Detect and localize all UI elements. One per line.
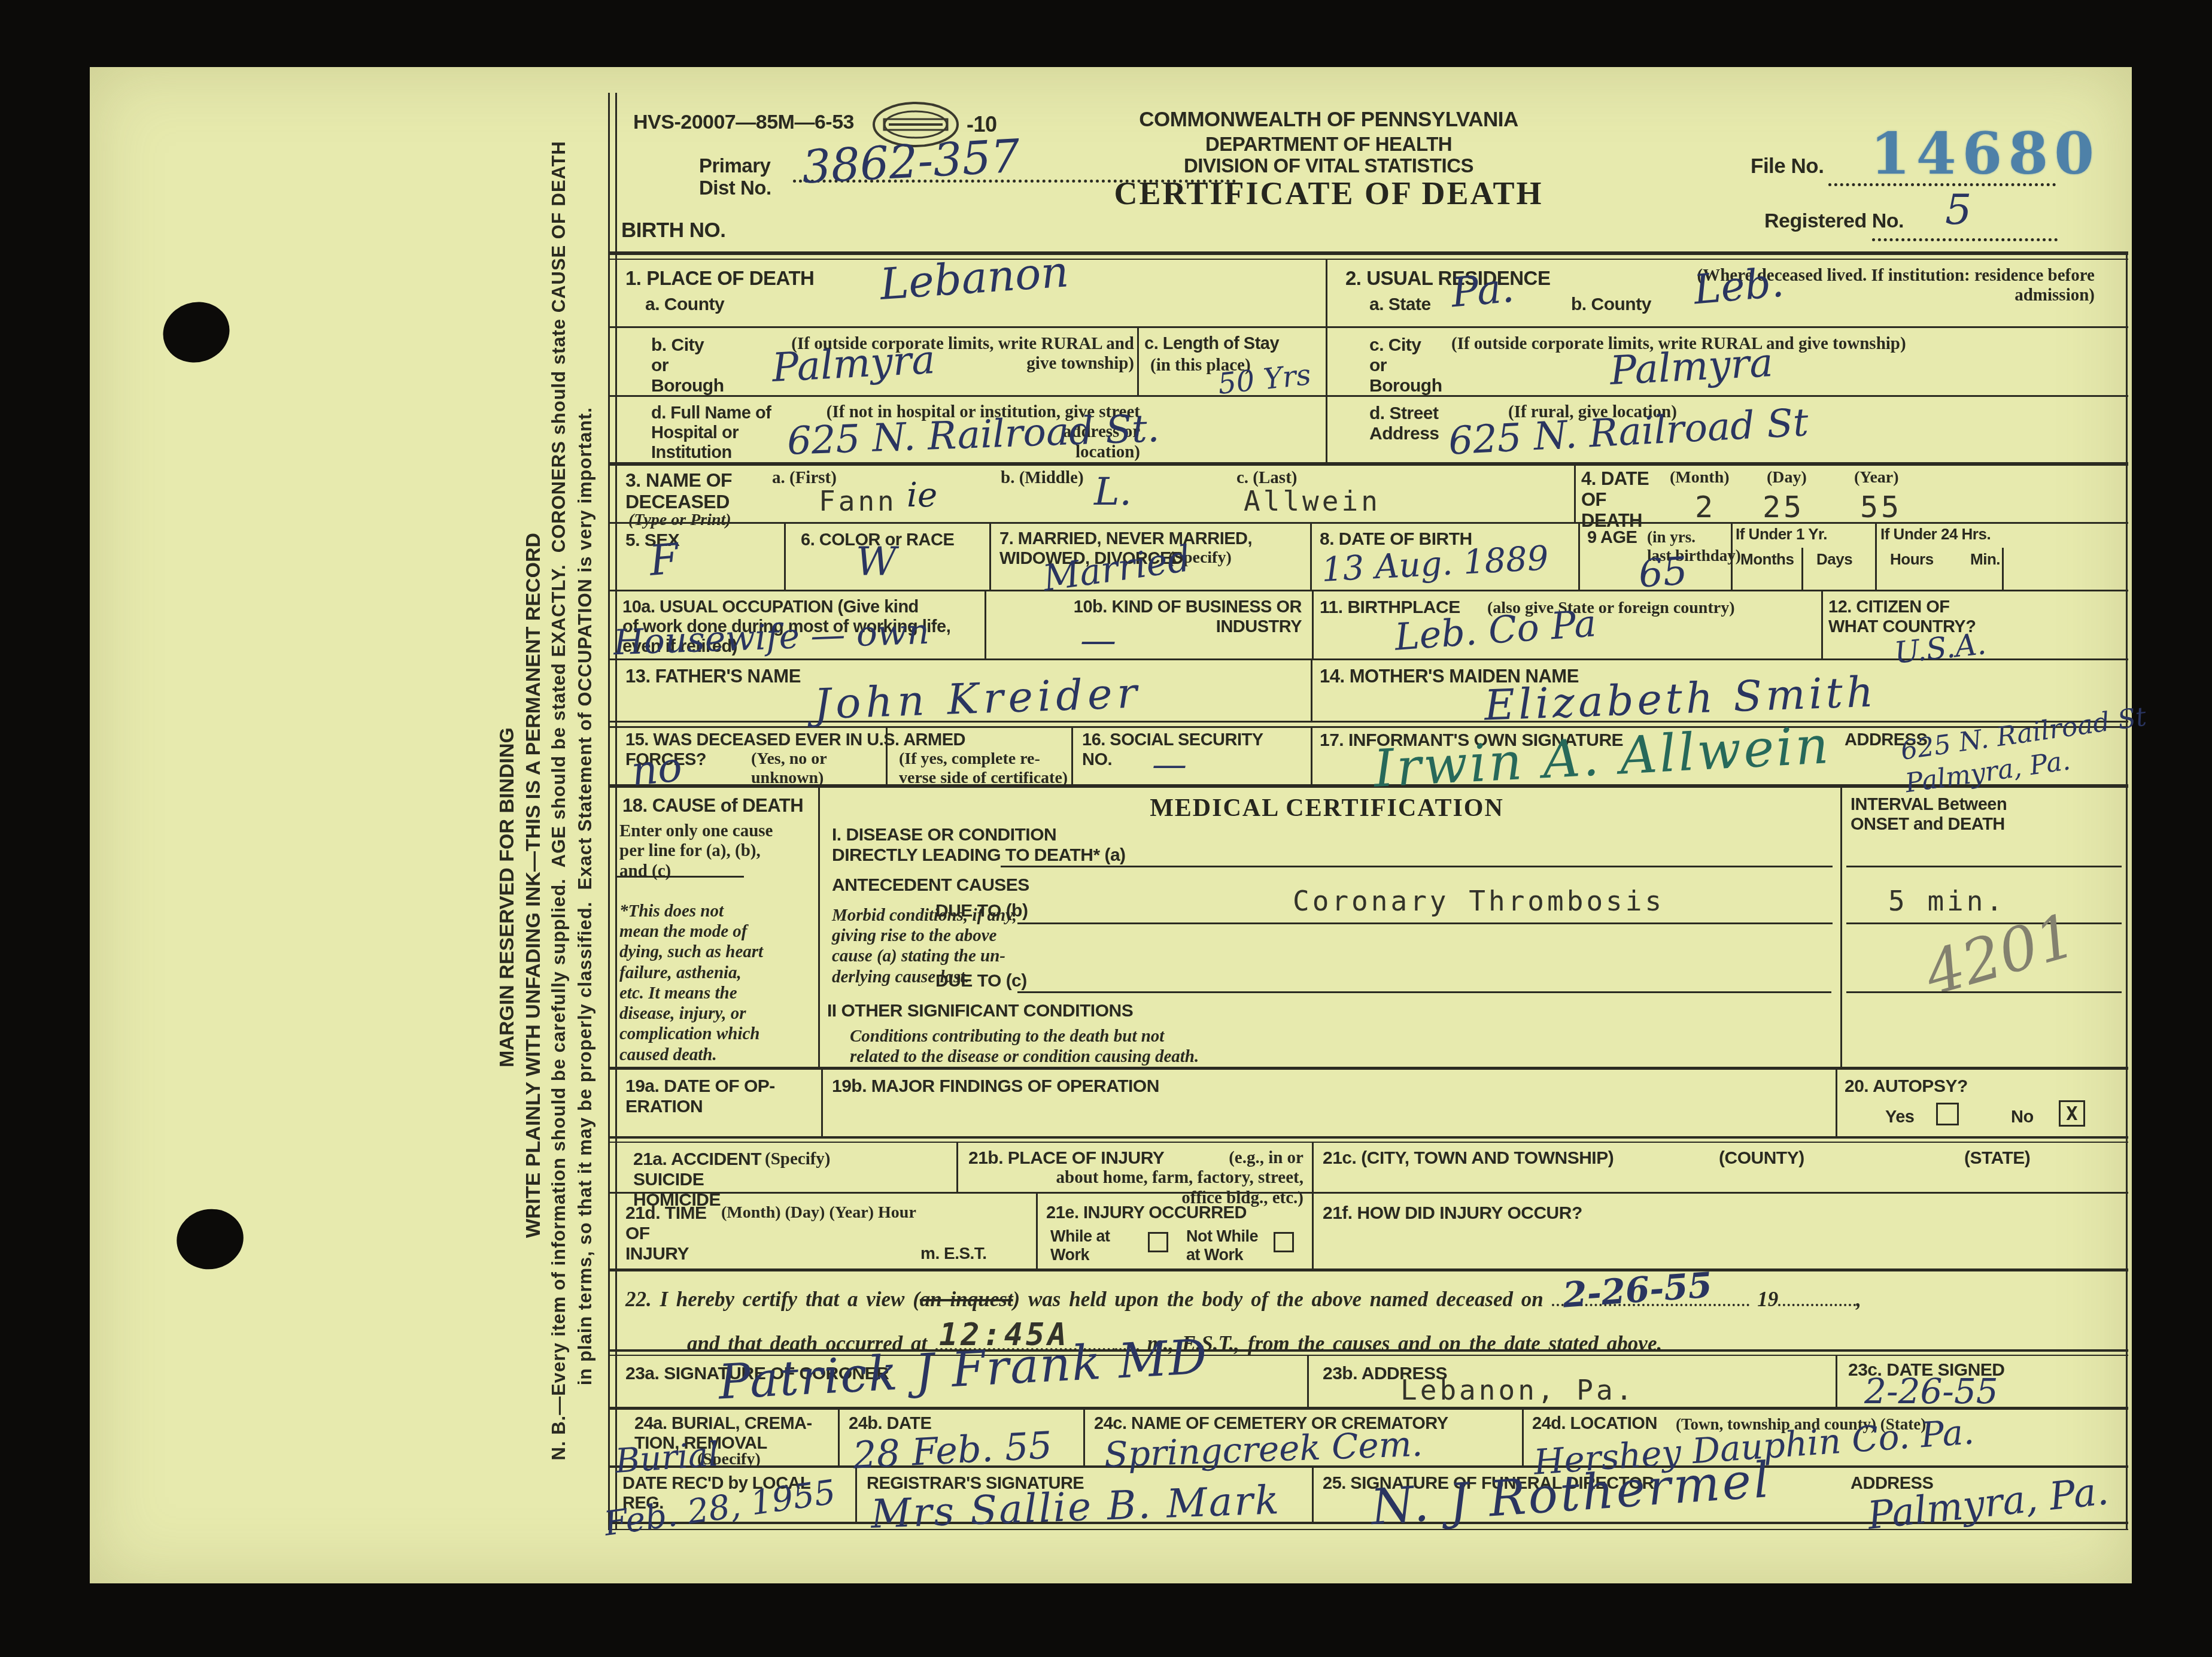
form-rule [1311,726,1312,784]
residence-city-value: Palmyra [1609,343,1774,391]
certify-year-dots [1778,1283,1856,1306]
injury-state-label: (STATE) [1964,1148,2030,1169]
injury-how-label: 21f. HOW DID INJURY OCCUR? [1323,1203,1582,1224]
age-under1-label: If Under 1 Yr. [1736,526,1827,543]
residence-title: 2. USUAL RESIDENCE [1345,267,1550,289]
injury-county-label: (COUNTY) [1719,1148,1804,1169]
form-rule [1312,1143,1314,1192]
other-conditions-note: Conditions contributing to the death but… [850,1026,1199,1067]
form-rule [821,1070,823,1136]
interval-label: INTERVAL Between ONSET and DEATH [1851,795,2007,834]
form-rule [1578,522,1580,590]
name-middle-label: b. (Middle) [1001,468,1084,488]
name-first-value: Fann [819,485,897,517]
margin-note-nb-line2: in plain terms, so that it may be proper… [575,407,596,1385]
cause-of-death-label: 18. CAUSE of DEATH [622,795,803,816]
file-no-value: 14680 [1870,120,2100,187]
certify-line2-post: m., E.S.T., from the causes and on the d… [1147,1332,1663,1355]
race-value: W [856,542,897,581]
cemetery-value: Springcreek Cem. [1104,1427,1423,1473]
place-county-label: a. County [645,295,724,315]
injury-occurred-label: 21e. INJURY OCCURRED [1046,1203,1247,1223]
primary-dist-value: 3862-357 [801,133,1021,190]
age-days-label: Days [1816,551,1852,568]
name-middle-value: L. [1094,473,1132,511]
certify-struck-inquest: an inquest [920,1288,1013,1311]
residence-state-value: Pa. [1450,268,1515,314]
registered-no-rule [1872,238,2058,241]
residence-city-label: c. City or Borough [1369,335,1442,396]
autopsy-yes-checkbox[interactable] [1936,1103,1959,1125]
age-min-label: Min. [1970,551,2000,568]
form-rule [615,93,617,1529]
header-department: DEPARTMENT OF HEALTH [1059,133,1598,155]
injury-place-note: (e.g., in or about home, farm, factory, … [976,1148,1303,1208]
death-date-day: 25 [1763,490,1804,524]
place-of-death-title: 1. PLACE OF DEATH [625,267,814,289]
form-rule [608,462,2128,466]
form-rule [1846,991,2122,993]
other-conditions-label: II OTHER SIGNIFICANT CONDITIONS [827,1001,1133,1021]
form-rule [608,395,2128,397]
armed-forces-note2: (If yes, complete re- verse side of cert… [899,749,1068,788]
form-rule [1001,866,1833,867]
cause-note2: *This does not mean the mode of dying, s… [619,901,763,1065]
form-rule [615,876,744,878]
age-months-label: Months [1740,551,1794,568]
death-date-month: 2 [1695,490,1716,524]
certificate-title: CERTIFICATE OF DEATH [1059,175,1598,212]
age-label: 9 AGE [1587,528,1637,548]
accident-note: (Specify) [765,1149,831,1169]
interval-value: 5 min. [1888,885,2006,917]
injury-while-checkbox[interactable] [1148,1232,1168,1252]
form-rule [608,1067,2128,1070]
ssn-value: — [1152,747,1187,782]
injury-time-est-label: m. E.S.T. [920,1244,987,1263]
form-rule [1875,522,1877,590]
certify-text-pre: 22. I hereby certify that a view ( [625,1288,920,1311]
name-subtitle: (Type or Print) [628,510,731,530]
injury-city-label: 21c. (CITY, TOWN AND TOWNSHIP) [1323,1148,1614,1169]
form-rule [608,326,2128,328]
injury-not-while-checkbox[interactable] [1274,1232,1294,1252]
file-no-label: File No. [1751,154,1824,178]
form-rule [608,784,2128,788]
form-rule [1310,522,1312,590]
age-under24-label: If Under 24 Hrs. [1880,526,1991,543]
father-label: 13. FATHER'S NAME [625,666,801,687]
margin-note-permanent-record: WRITE PLAINLY WITH UNFADING INK—THIS IS … [522,533,545,1238]
institution-label: d. Full Name of Hospital or Institution [651,403,771,462]
form-rule [1017,922,1833,924]
form-rule [838,1410,840,1465]
form-rule [1574,462,1576,522]
form-rule [1326,259,1327,462]
form-rule [1836,1070,1837,1136]
injury-not-while-label: Not While at Work [1186,1227,1258,1264]
form-rule [784,522,786,590]
form-rule [1836,1356,1837,1407]
sex-value: F [648,538,680,582]
form-rule [1312,1192,1314,1268]
form-rule [608,1268,2128,1271]
form-rule [1801,548,1803,590]
death-date-year: 55 [1860,490,1902,524]
length-of-stay-label: c. Length of Stay [1144,334,1279,354]
residence-street-label: d. Street Address [1369,403,1439,444]
name-first-correction: ie [907,479,937,512]
medical-certification-title: MEDICAL CERTIFICATION [1117,794,1536,823]
due-to-c-label: DUE TO (c) [935,971,1027,991]
primary-dist-label: Primary Dist No. [699,154,771,199]
burial-type-value: Burial [614,1438,720,1479]
residence-county-value: Leb. [1692,263,1785,311]
injury-time-columns: (Month) (Day) (Year) Hour [721,1203,916,1222]
header-commonwealth: COMMONWEALTH OF PENNSYLVANIA [1059,108,1598,132]
business-label: 10b. KIND OF BUSINESS OR INDUSTRY [1005,597,1302,637]
form-rule [2126,251,2128,1529]
name-last-value: Allwein [1244,485,1381,517]
form-rule [608,1142,2128,1143]
form-rule [818,784,820,1067]
certify-date-field: 2-26-55 [1552,1280,1749,1306]
death-date-year-label: (Year) [1854,468,1899,487]
business-value: — [1080,623,1116,658]
form-rule [1311,658,1312,721]
registered-no-label: Registered No. [1764,210,1904,232]
death-certificate-scan: MARGIN RESERVED FOR BINDING WRITE PLAINL… [0,0,2212,1657]
operation-date-label: 19a. DATE OF OP- ERATION [625,1076,775,1117]
form-rule [2002,548,2004,590]
armed-forces-note: (Yes, no or unknown) [751,749,827,788]
date-signed-value: 2-26-55 [1864,1374,1998,1409]
form-rule [608,1136,2128,1139]
form-rule [1083,1410,1085,1465]
form-rule [985,590,986,658]
form-rule [1071,726,1073,784]
form-rule [1312,590,1314,658]
form-rule [1312,1468,1314,1522]
certify-date-value: 2-26-55 [1561,1267,1713,1312]
form-rule [989,522,991,590]
form-number: HVS-20007—85M—6-53 [633,111,854,133]
autopsy-no-checkbox[interactable]: X [2059,1100,2085,1127]
form-rule [956,1143,958,1192]
death-date-day-label: (Day) [1767,468,1807,487]
form-rule [1821,590,1823,658]
registered-no-value: 5 [1945,189,1972,230]
form-rule [608,259,2128,260]
residence-state-label: a. State [1369,295,1431,315]
form-rule [608,251,2128,255]
certify-year-label: 19 [1757,1288,1778,1311]
cause-note1: Enter only one cause per line for (a), (… [619,821,773,881]
certify-text-post: ) was held upon the body of the above na… [1013,1288,1543,1311]
form-rule [608,93,610,1529]
disease-label: I. DISEASE OR CONDITION DIRECTLY LEADING… [832,825,1126,866]
form-rule [1017,991,1831,993]
residence-county-label: b. County [1571,295,1651,315]
death-date-title: 4. DATE OF DEATH [1581,468,1649,531]
header-division: DIVISION OF VITAL STATISTICS [1059,154,1598,177]
death-date-month-label: (Month) [1670,468,1730,487]
due-to-b-value: Coronary Thrombosis [1293,885,1664,917]
operation-findings-label: 19b. MAJOR FINDINGS OF OPERATION [832,1076,1159,1097]
autopsy-no-label: No [2011,1107,2034,1127]
burial-date-value: 28 Feb. 55 [852,1427,1053,1474]
form-rule [1846,866,2122,867]
margin-note-binding: MARGIN RESERVED FOR BINDING [496,727,519,1067]
age-hours-label: Hours [1890,551,1934,568]
coroner-address-value: Lebanon, Pa. [1400,1374,1635,1406]
place-city-label: b. City or Borough [651,335,724,396]
burial-location-label: 24d. LOCATION [1532,1414,1657,1434]
form-rule [608,590,2128,591]
armed-forces-value: no [630,747,684,793]
form-rule [1840,784,1842,1067]
name-title: 3. NAME OF DECEASED [625,469,732,512]
age-value: 65 [1637,552,1689,594]
father-value: John Kreider [813,672,1143,725]
autopsy-label: 20. AUTOPSY? [1845,1076,1968,1097]
injury-while-label: While at Work [1050,1227,1110,1264]
form-rule [608,1192,2128,1194]
injury-time-label: 21d. TIME OF INJURY [625,1203,707,1264]
place-city-value: Palmyra [771,340,936,388]
form-rule [1307,1356,1309,1407]
certify-year-comma: , [1856,1288,1861,1311]
citizen-value: U.S.A. [1893,629,1988,668]
due-to-b-label: DUE TO (b) [935,901,1028,921]
occupation-value: Housewife — own [613,614,929,660]
place-county-value: Lebanon [879,250,1070,306]
antecedent-label: ANTECEDENT CAUSES [832,875,1029,896]
form-rule [1522,1410,1524,1465]
accident-label: 21a. ACCIDENT SUICIDE HOMICIDE [633,1149,761,1210]
margin-note-nb-line1: N. B.—Every item of information should b… [548,141,570,1460]
form-rule [1137,326,1139,395]
birth-no-label: BIRTH NO. [621,218,725,242]
autopsy-yes-label: Yes [1885,1107,1915,1127]
